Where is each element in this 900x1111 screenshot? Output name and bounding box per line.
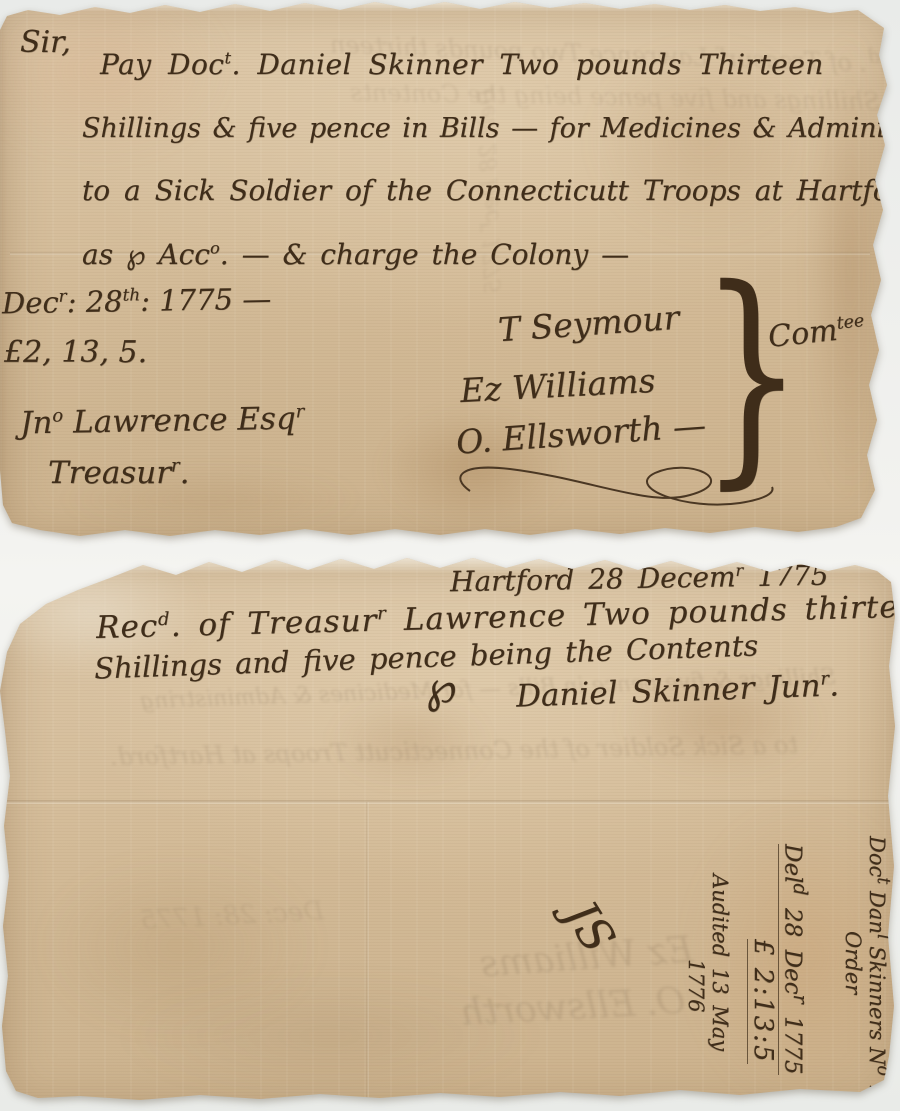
docket-title-line: Doct Danl Skinners No 7659: [865, 836, 893, 1096]
fold-crease: [366, 802, 369, 1102]
receipt-paper: Shillings & five pence in Bills — for Me…: [0, 556, 900, 1111]
fold-crease: [0, 800, 890, 804]
paper-stain: [40, 856, 320, 1036]
signature-ellsworth: O. Ellsworth —: [455, 407, 707, 461]
salutation: Sir,: [20, 26, 71, 59]
treasurer-title-line: Treasurr.: [48, 456, 189, 490]
pay-order-sheet: Recd. of Treasurr Lawrence Two pounds th…: [0, 0, 898, 546]
receipt-sheet: Shillings & five pence in Bills — for Me…: [0, 556, 900, 1111]
docket-delivery-block: Deld 28 Decr 1775 £ 2:13:5: [747, 844, 812, 1074]
deckle-edge: [0, 0, 898, 12]
docket-amount-line: £ 2:13:5: [747, 939, 778, 1064]
order-amount-line: £2, 13, 5.: [4, 336, 147, 369]
docket-title-block: Doct Danl Skinners No 7659 Order: [841, 836, 893, 1096]
signature-williams: Ez Williams: [459, 363, 656, 409]
docket-audit-line: Audited 13 May: [708, 874, 732, 1074]
bleedthrough-line: Dec: 28: 1775: [139, 897, 324, 935]
docket-audit-year: 1776: [684, 874, 708, 1074]
bleedthrough-line: O. Ellsworth: [459, 982, 686, 1033]
order-date-line: Decr: 28th: 1775 —: [2, 284, 272, 321]
committee-brace: }: [700, 258, 803, 490]
order-body-line-3: to a Sick Soldier of the Connecticutt Tr…: [82, 176, 900, 207]
order-body-line-4: as ℘ Acco. — & charge the Colony —: [82, 240, 629, 271]
signature-seymour: T Seymour: [497, 300, 681, 349]
per-mark: ℘: [426, 664, 457, 712]
order-body-line-2: Shillings & five pence in Bills — for Me…: [82, 114, 900, 144]
docket-delivery-line: Deld 28 Decr 1775: [778, 844, 812, 1075]
order-body-line-1: Pay Doct. Daniel Skinner Two pounds Thir…: [100, 50, 824, 81]
bleedthrough-line: Shillings and five pence being the Conte…: [350, 79, 880, 115]
scanned-manuscript-page: Recd. of Treasurr Lawrence Two pounds th…: [0, 0, 900, 1111]
bleedthrough-line: to a Sick Soldier of the Connecticutt Tr…: [110, 732, 798, 770]
docket-audit-block: Audited 13 May 1776: [684, 874, 732, 1074]
pay-order-paper: Recd. of Treasurr Lawrence Two pounds th…: [0, 0, 898, 546]
treasurer-name-line: Jno Lawrence Esqr: [20, 402, 305, 441]
docket-order-label: Order: [841, 836, 865, 1096]
